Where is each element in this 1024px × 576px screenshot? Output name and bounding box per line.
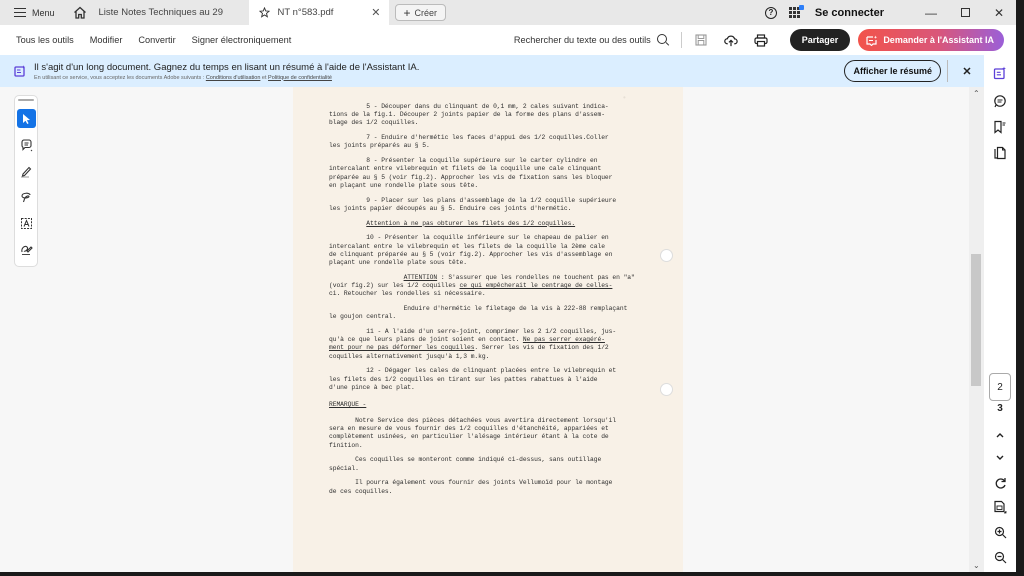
chevron-down-icon bbox=[995, 454, 1005, 462]
toolbar-right: Rechercher du texte ou des outils Partag… bbox=[514, 29, 1016, 51]
save-button[interactable] bbox=[694, 33, 708, 47]
next-page-button[interactable] bbox=[992, 450, 1008, 466]
star-icon[interactable] bbox=[259, 7, 270, 18]
tab-nt-583[interactable]: NT n°583.pdf ✕ bbox=[249, 0, 389, 25]
doc-line: spécial. bbox=[329, 465, 659, 473]
doc-line: ci. Retoucher les rondelles si nécessair… bbox=[329, 290, 659, 298]
acrobat-window: Menu Liste Notes Techniques au 29 NT n°5… bbox=[0, 0, 1016, 572]
doc-paragraph-attention1: Attention à ne pas obturer les filets de… bbox=[329, 220, 659, 228]
bookmarks-panel-button[interactable] bbox=[992, 119, 1008, 135]
pages-panel-button[interactable] bbox=[992, 145, 1008, 161]
doc-line: plaçant une rondelle plate sous tête. bbox=[329, 259, 659, 267]
document-text: 5 - Découper dans du clinquant de 0,1 mm… bbox=[329, 103, 659, 502]
previous-page-button[interactable] bbox=[992, 427, 1008, 443]
create-label: Créer bbox=[415, 8, 438, 18]
doc-paragraph-p5: 5 - Découper dans du clinquant de 0,1 mm… bbox=[329, 103, 659, 128]
doc-paragraph-p10: 10 - Présenter la coquille inférieure su… bbox=[329, 234, 659, 267]
create-button[interactable]: + Créer bbox=[395, 4, 447, 21]
minimize-icon: — bbox=[925, 6, 937, 20]
doc-line: tions de la fig.1. Découper 2 joints pap… bbox=[329, 111, 659, 119]
comment-icon bbox=[20, 139, 33, 152]
doc-line: coquilles alternativement jusqu'à 1,3 m.… bbox=[329, 353, 659, 361]
pages-icon bbox=[993, 146, 1007, 160]
close-tab-icon[interactable]: ✕ bbox=[371, 6, 380, 19]
ai-assistant-icon bbox=[993, 66, 1007, 80]
doc-line: ATTENTION : S'assurer que les rondelles … bbox=[329, 274, 659, 282]
vertical-scrollbar[interactable]: ⌃ ⌄ bbox=[969, 87, 984, 572]
doc-paragraph-attention2: ATTENTION : S'assurer que les rondelles … bbox=[329, 274, 659, 299]
cloud-upload-icon bbox=[724, 34, 738, 47]
ai-assistant-panel-button[interactable] bbox=[992, 65, 1008, 81]
menu-label: Menu bbox=[32, 8, 55, 18]
tool-convert[interactable]: Convertir bbox=[138, 35, 175, 45]
chevron-up-icon bbox=[995, 431, 1005, 439]
doc-line: Enduire d'hermétic le filetage de la vis… bbox=[329, 305, 659, 313]
fit-page-button[interactable] bbox=[992, 499, 1008, 515]
bleed-through: • bbox=[623, 93, 626, 102]
doc-paragraph-r3: Il pourra également vous fournir des joi… bbox=[329, 479, 659, 495]
banner-divider bbox=[947, 60, 948, 82]
hamburger-icon bbox=[14, 8, 26, 17]
doc-line: REMARQUE - bbox=[329, 401, 659, 409]
close-banner-icon[interactable]: ✕ bbox=[958, 65, 976, 78]
doc-paragraph-p11: 11 - A l'aide d'un serre-joint, comprime… bbox=[329, 328, 659, 361]
doc-line: blage des 1/2 coquilles. bbox=[329, 119, 659, 127]
comment-tool[interactable] bbox=[17, 136, 36, 155]
ai-assistant-button[interactable]: Demander à l'Assistant IA bbox=[858, 29, 1004, 51]
doc-line: Ces coquilles se monteront comme indiqué… bbox=[329, 456, 659, 464]
doc-paragraph-p8: 8 - Présenter la coquille supérieure sur… bbox=[329, 157, 659, 190]
title-right-group: ? Se connecter — ✕ bbox=[765, 0, 1016, 25]
doc-paragraph-p7: 7 - Enduire d'hermétic les faces d'appui… bbox=[329, 134, 659, 150]
select-tool[interactable] bbox=[17, 109, 36, 128]
help-icon[interactable]: ? bbox=[765, 7, 777, 19]
search-icon[interactable] bbox=[657, 34, 669, 46]
punch-hole bbox=[660, 249, 673, 262]
comments-icon bbox=[993, 94, 1007, 108]
pdf-page: • 5 - Découper dans du clinquant de 0,1 … bbox=[293, 87, 683, 572]
doc-line: les filets des 1/2 coquilles en tirant s… bbox=[329, 376, 659, 384]
zoom-in-button[interactable] bbox=[992, 524, 1008, 540]
home-icon bbox=[73, 6, 87, 19]
privacy-link[interactable]: Politique de confidentialité bbox=[268, 75, 332, 81]
scrollbar-thumb[interactable] bbox=[971, 254, 981, 386]
doc-line: complètement usinées, en particulier l'a… bbox=[329, 433, 659, 441]
punch-hole bbox=[660, 383, 673, 396]
share-button[interactable]: Partager bbox=[790, 29, 851, 51]
minimize-button[interactable]: — bbox=[914, 0, 948, 25]
print-button[interactable] bbox=[754, 33, 768, 47]
zoom-out-icon bbox=[994, 551, 1007, 564]
doc-paragraph-r2: Ces coquilles se monteront comme indiqué… bbox=[329, 456, 659, 472]
highlight-tool[interactable] bbox=[17, 162, 36, 181]
doc-line: Attention à ne pas obturer les filets de… bbox=[329, 220, 659, 228]
toolbar-divider bbox=[681, 32, 682, 48]
cursor-icon bbox=[21, 113, 32, 125]
tab-label: NT n°583.pdf bbox=[278, 7, 334, 18]
doc-line: qu'à ce que leurs plans de joint soient … bbox=[329, 336, 659, 344]
text-box-icon bbox=[20, 217, 33, 230]
plus-icon: + bbox=[404, 6, 411, 20]
doc-line: (voir fig.2) sur les 1/2 coquilles ce qu… bbox=[329, 282, 659, 290]
tab-liste-notes[interactable]: Liste Notes Techniques au 29 bbox=[99, 0, 239, 25]
sign-in-button[interactable]: Se connecter bbox=[815, 7, 884, 19]
sign-tool[interactable] bbox=[17, 240, 36, 259]
doc-paragraph-remarque: REMARQUE - bbox=[329, 401, 659, 409]
scroll-up-icon[interactable]: ⌃ bbox=[973, 89, 980, 98]
close-icon: ✕ bbox=[994, 6, 1004, 20]
next-page-number[interactable]: 3 bbox=[989, 401, 1011, 415]
zoom-out-button[interactable] bbox=[992, 549, 1008, 565]
doc-line: 7 - Enduire d'hermétic les faces d'appui… bbox=[329, 134, 659, 142]
title-bar: Menu Liste Notes Techniques au 29 NT n°5… bbox=[0, 0, 1016, 25]
upload-cloud-button[interactable] bbox=[724, 33, 738, 47]
doc-line: d'une pince à bec plat. bbox=[329, 384, 659, 392]
doc-line: ment pour ne pas déformer les coquilles.… bbox=[329, 344, 659, 352]
tab-label: Liste Notes Techniques au 29 bbox=[99, 7, 223, 18]
current-page-indicator[interactable]: 2 bbox=[989, 373, 1011, 401]
ai-assistant-icon bbox=[866, 35, 878, 46]
fit-page-icon bbox=[993, 500, 1007, 514]
doc-line: en plaçant une rondelle plate sous tête. bbox=[329, 182, 659, 190]
doc-line: 10 - Présenter la coquille inférieure su… bbox=[329, 234, 659, 242]
rail-drag-handle[interactable] bbox=[18, 99, 34, 101]
search-tools-input[interactable]: Rechercher du texte ou des outils bbox=[514, 35, 651, 45]
doc-line: 11 - A l'aide d'un serre-joint, comprime… bbox=[329, 328, 659, 336]
scroll-down-icon[interactable]: ⌄ bbox=[973, 561, 980, 570]
apps-icon[interactable] bbox=[789, 7, 801, 19]
rotate-icon bbox=[994, 477, 1007, 490]
zoom-in-icon bbox=[994, 526, 1007, 539]
maximize-icon bbox=[961, 8, 970, 17]
doc-line: Notre Service des pièces détachées vous … bbox=[329, 417, 659, 425]
ai-assistant-label: Demander à l'Assistant IA bbox=[883, 35, 994, 45]
tool-edit[interactable]: Modifier bbox=[90, 35, 123, 45]
show-summary-button[interactable]: Afficher le résumé bbox=[844, 60, 941, 82]
rotate-button[interactable] bbox=[992, 475, 1008, 491]
doc-line: de ces coquilles. bbox=[329, 488, 659, 496]
right-side-panel: 2 3 bbox=[984, 55, 1016, 572]
doc-paragraph-p10b: Enduire d'hermétic le filetage de la vis… bbox=[329, 305, 659, 321]
home-button[interactable] bbox=[73, 6, 87, 20]
doc-line: finition. bbox=[329, 442, 659, 450]
doc-paragraph-p9: 9 - Placer sur les plans d'assemblage de… bbox=[329, 197, 659, 213]
tool-e-sign[interactable]: Signer électroniquement bbox=[192, 35, 292, 45]
doc-paragraph-p12: 12 - Dégager les cales de clinquant plac… bbox=[329, 367, 659, 392]
lasso-draw-icon bbox=[20, 191, 33, 204]
doc-line: intercalant entre le vilebrequin et les … bbox=[329, 243, 659, 251]
tool-all-tools[interactable]: Tous les outils bbox=[16, 35, 74, 45]
draw-tool[interactable] bbox=[17, 188, 36, 207]
doc-line: intercalant entre vilebrequin et filets … bbox=[329, 165, 659, 173]
doc-line: 9 - Placer sur les plans d'assemblage de… bbox=[329, 197, 659, 205]
banner-legal: En utilisant ce service, vous acceptez l… bbox=[34, 75, 419, 81]
doc-line: 8 - Présenter la coquille supérieure sur… bbox=[329, 157, 659, 165]
main-toolbar: Tous les outils Modifier Convertir Signe… bbox=[0, 25, 1016, 55]
menu-button[interactable]: Menu bbox=[0, 0, 55, 25]
close-window-button[interactable]: ✕ bbox=[982, 0, 1016, 25]
maximize-button[interactable] bbox=[948, 0, 982, 25]
doc-line: de clinquant préparée au § 5 (voir fig.2… bbox=[329, 251, 659, 259]
doc-line: les joints préparés au § 5. bbox=[329, 142, 659, 150]
doc-line: le goujon central. bbox=[329, 313, 659, 321]
doc-line: sera en mesure de vous fournir des 1/2 c… bbox=[329, 425, 659, 433]
ai-summary-banner: Il s'agit d'un long document. Gagnez du … bbox=[0, 55, 984, 87]
ai-summary-icon bbox=[14, 65, 26, 77]
doc-line: préparée au § 5 (voir fig.2). Approcher … bbox=[329, 174, 659, 182]
doc-line: 5 - Découper dans du clinquant de 0,1 mm… bbox=[329, 103, 659, 111]
doc-line: 12 - Dégager les cales de clinquant plac… bbox=[329, 367, 659, 375]
save-icon bbox=[695, 34, 707, 46]
printer-icon bbox=[754, 34, 768, 47]
quick-tools-rail bbox=[14, 95, 38, 267]
banner-text: Il s'agit d'un long document. Gagnez du … bbox=[34, 62, 419, 81]
signature-icon bbox=[20, 243, 33, 256]
comments-panel-button[interactable] bbox=[992, 93, 1008, 109]
terms-link[interactable]: Conditions d'utilisation bbox=[206, 75, 261, 81]
doc-line: les joints papier découpés au § 5. Endui… bbox=[329, 205, 659, 213]
text-tool[interactable] bbox=[17, 214, 36, 233]
doc-paragraph-r1: Notre Service des pièces détachées vous … bbox=[329, 417, 659, 450]
doc-line: Il pourra également vous fournir des joi… bbox=[329, 479, 659, 487]
highlighter-icon bbox=[20, 165, 33, 178]
legal-and: et bbox=[260, 75, 268, 81]
legal-text: En utilisant ce service, vous acceptez l… bbox=[34, 75, 206, 81]
bookmark-icon bbox=[993, 120, 1007, 134]
banner-message: Il s'agit d'un long document. Gagnez du … bbox=[34, 62, 419, 73]
